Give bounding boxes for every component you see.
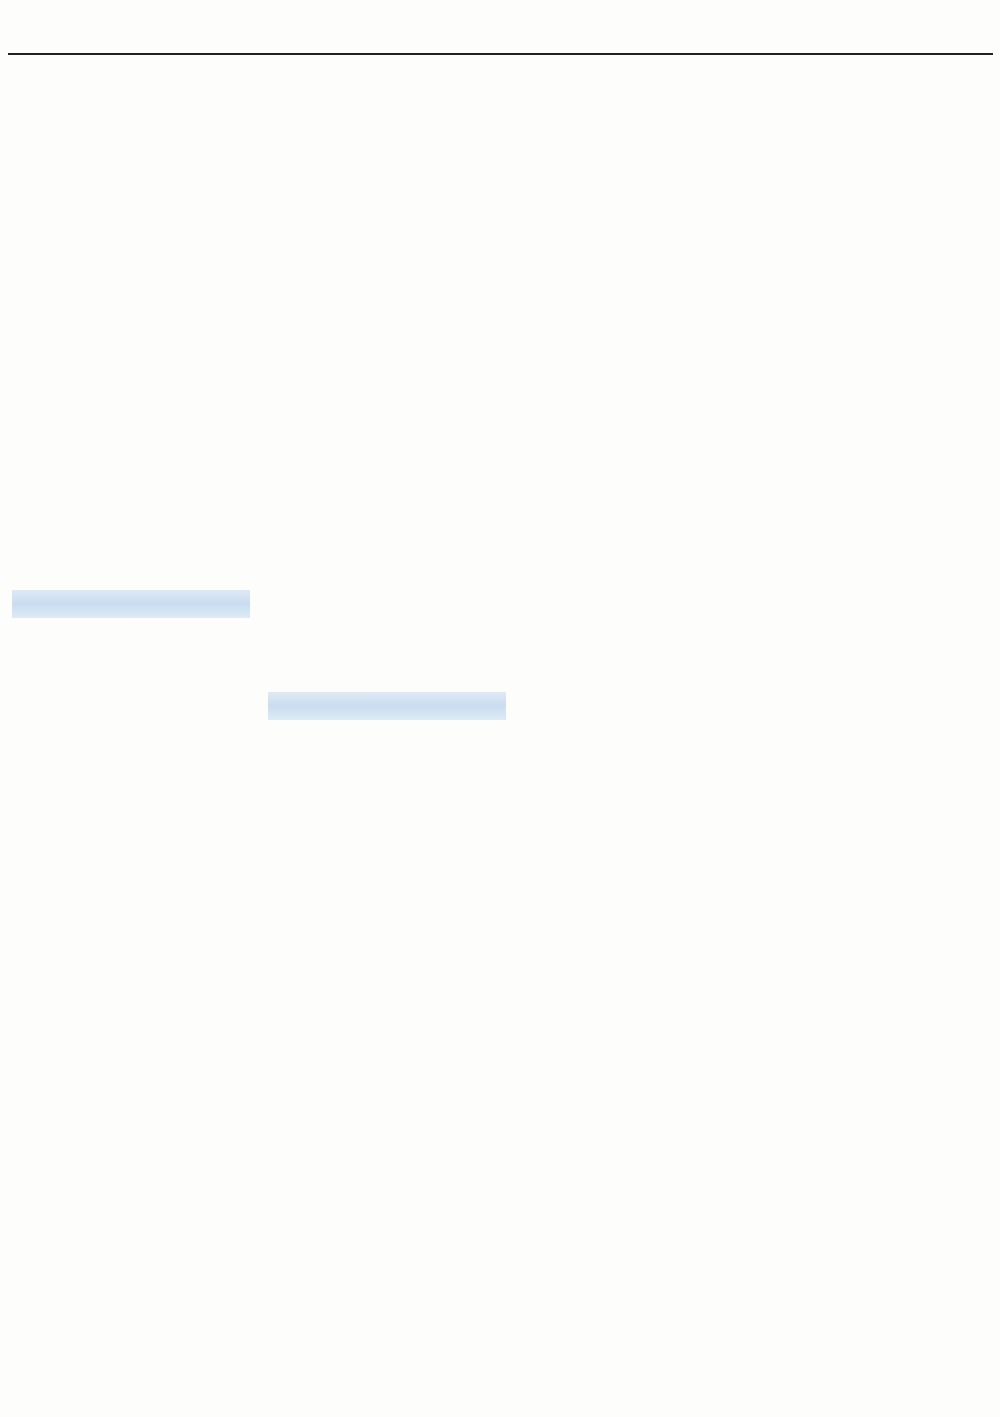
masthead [0, 0, 1000, 55]
subhead-patterns [268, 692, 506, 720]
article-column-1 [8, 66, 254, 580]
article-column-2b [264, 726, 510, 1148]
article-column-2 [264, 136, 510, 684]
issue-date [197, 36, 209, 51]
article-column-1b [8, 624, 254, 1148]
masthead-rule [8, 53, 993, 55]
subhead-governance [12, 590, 250, 618]
